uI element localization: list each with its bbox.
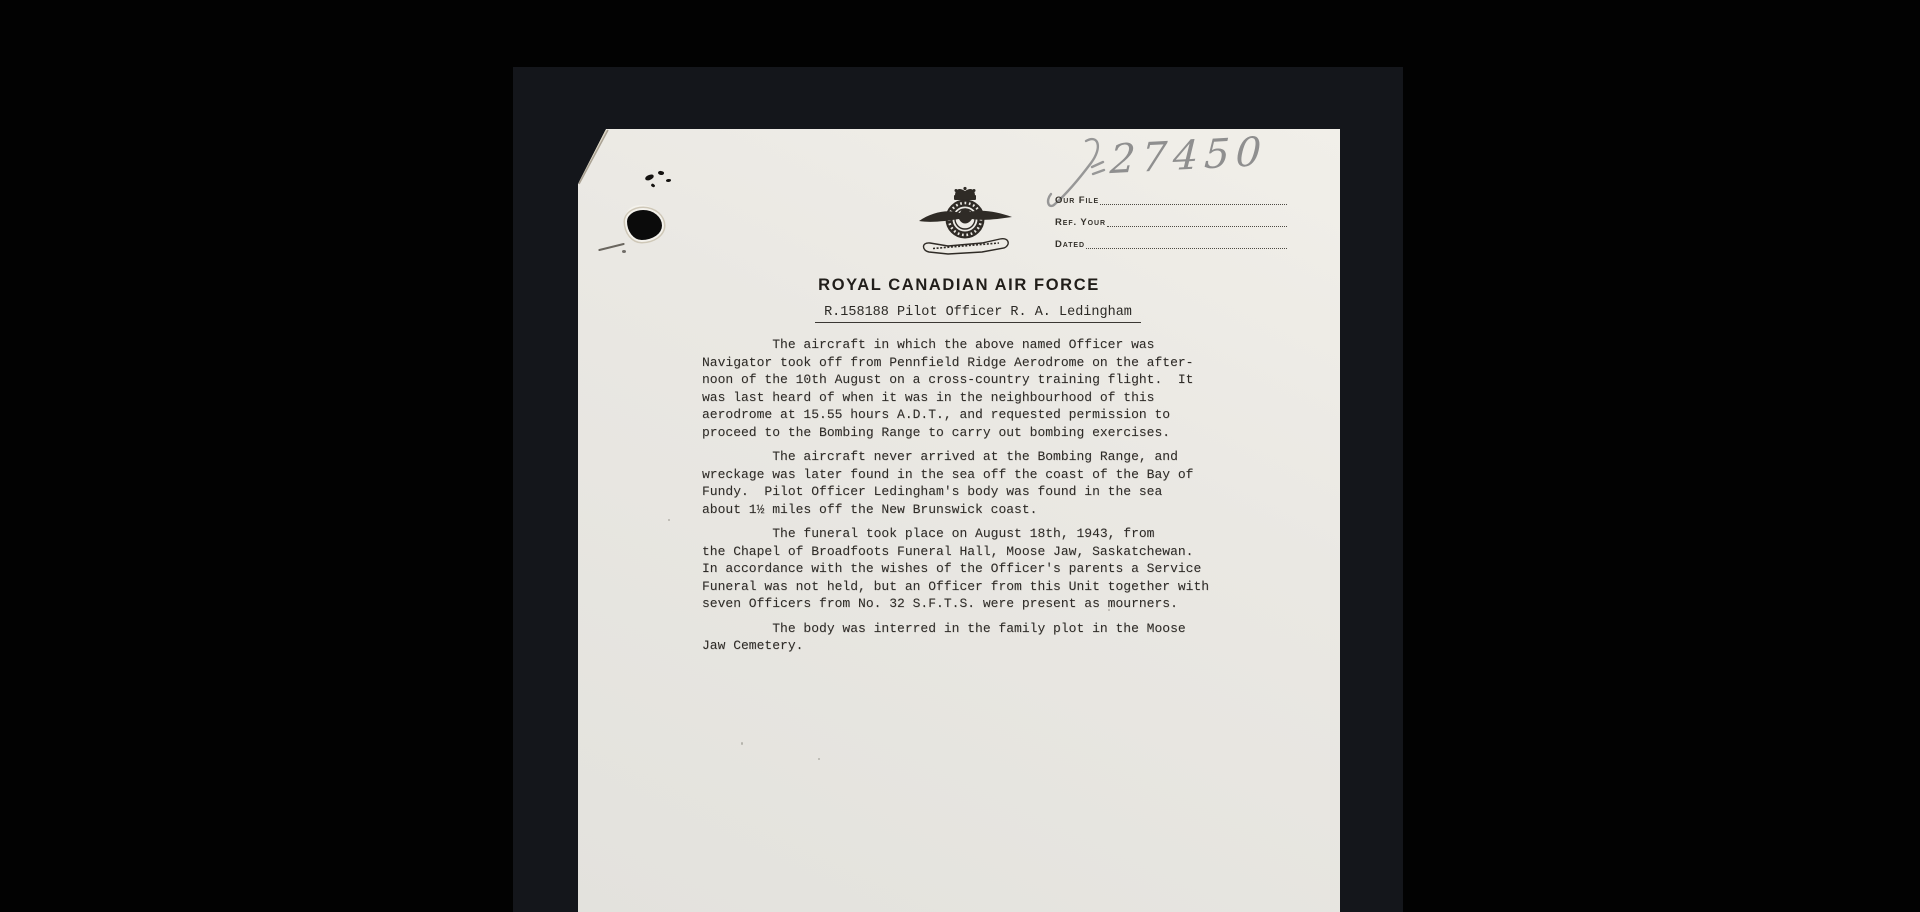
organization-title: ROYAL CANADIAN AIR FORCE xyxy=(578,276,1340,295)
field-label: Our File xyxy=(1055,195,1099,207)
pencil-scratch-dot xyxy=(622,250,626,253)
paragraph: The aircraft in which the above named Of… xyxy=(702,336,1222,441)
field-ref-your: Ref. Your xyxy=(1055,217,1287,229)
subject-line-wrap: R.158188 Pilot Officer R. A. Ledingham xyxy=(578,302,1340,323)
document-page: 27450 Our File Ref. Your Dated xyxy=(578,129,1340,912)
paper-dust xyxy=(668,519,670,521)
rcaf-crest-icon xyxy=(918,186,1018,266)
handwritten-digits: 27450 xyxy=(1109,129,1268,183)
paragraph: The body was interred in the family plot… xyxy=(702,620,1222,655)
dotted-leader xyxy=(1107,225,1287,227)
paragraph: The funeral took place on August 18th, 1… xyxy=(702,525,1222,613)
subject-line: R.158188 Pilot Officer R. A. Ledingham xyxy=(815,305,1141,323)
photo-backdrop: 27450 Our File Ref. Your Dated xyxy=(0,0,1920,912)
field-label: Dated xyxy=(1055,239,1085,251)
paper-dust xyxy=(741,742,743,745)
pencil-scratch xyxy=(598,243,625,251)
field-our-file: Our File xyxy=(1055,195,1287,207)
field-label: Ref. Your xyxy=(1055,217,1106,229)
letterhead-fields: Our File Ref. Your Dated xyxy=(1055,195,1287,261)
field-dated: Dated xyxy=(1055,239,1287,251)
letter-body: The aircraft in which the above named Of… xyxy=(702,336,1222,662)
dotted-leader xyxy=(1086,247,1287,249)
paper-hole xyxy=(627,210,662,240)
folded-corner xyxy=(578,129,610,185)
dotted-leader xyxy=(1100,203,1287,205)
paragraph: The aircraft never arrived at the Bombin… xyxy=(702,448,1222,518)
document-photo: 27450 Our File Ref. Your Dated xyxy=(513,67,1403,912)
paper-dust xyxy=(818,758,820,760)
